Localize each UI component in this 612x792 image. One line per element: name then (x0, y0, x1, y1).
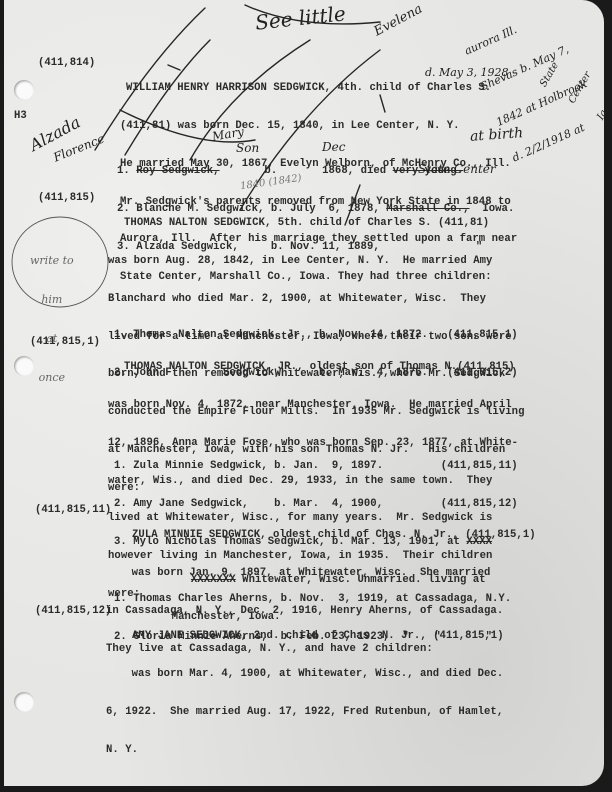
handwritten-note: Dec (322, 141, 345, 153)
binder-hole (14, 80, 34, 100)
entry-id: (411,815,12) (35, 605, 111, 617)
binder-hole (14, 692, 34, 712)
handwritten-circle-note: write to him at once (30, 228, 74, 397)
handwritten-note: Son (236, 142, 259, 154)
margin-note: H3 (14, 110, 27, 122)
entry-id: (411,815) (38, 192, 95, 204)
handwritten-note: d. May 3, 1928 (425, 67, 509, 78)
child-item: 1. Thomas Charles Aherns, b. Nov. 3, 191… (114, 593, 511, 606)
entry-body: AMY JANE SEDGWICK, 2nd. child of Chas. N… (106, 605, 504, 769)
handwritten-note: at birth (470, 126, 524, 144)
entry-id: (411,815,11) (35, 504, 111, 516)
child-item: 1. Zula Minnie Sedgwick, b. Jan. 9, 1897… (114, 460, 518, 473)
entry-id: (411,814) (38, 57, 95, 69)
handwritten-note: State Center (418, 163, 496, 175)
